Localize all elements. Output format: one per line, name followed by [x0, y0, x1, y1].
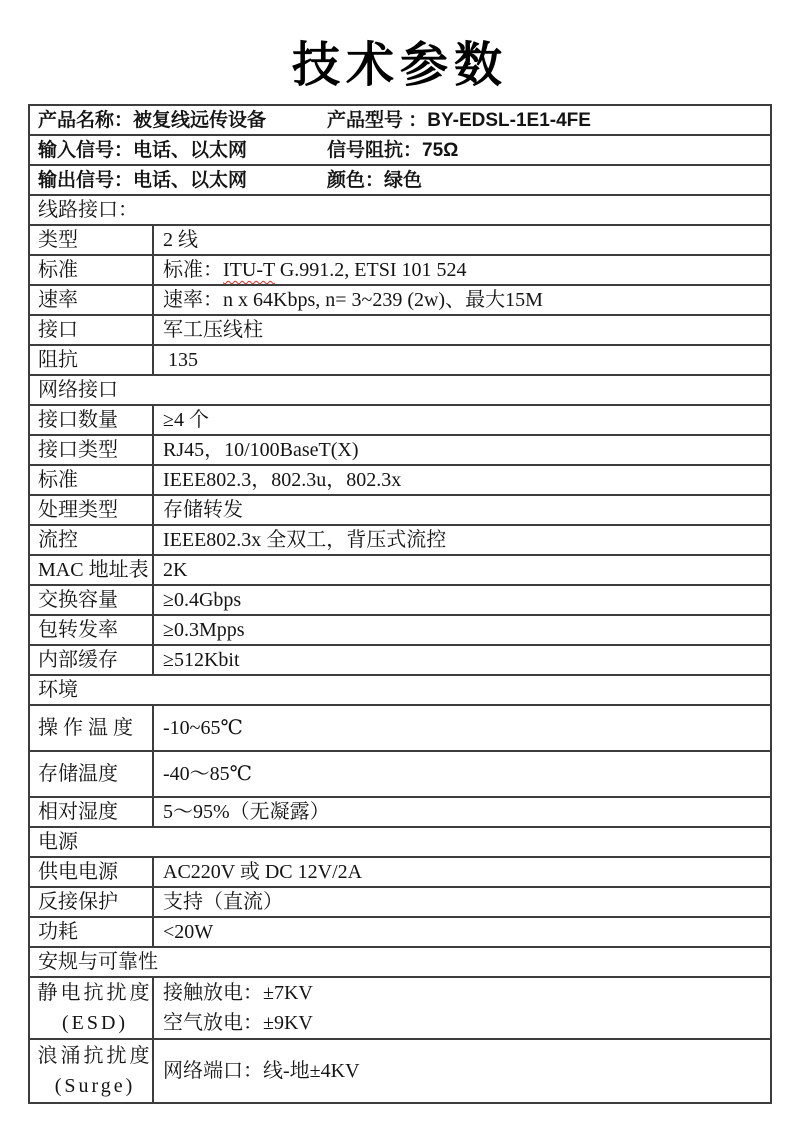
row-label: 浪涌抗扰度 (Surge) — [30, 1040, 154, 1102]
row-rate: 速率 速率：n x 64Kbps, n= 3~239 (2w)、最大15M — [30, 286, 770, 316]
label-line-2: (Surge) — [55, 1071, 136, 1101]
label-line-1: 浪涌抗扰度 — [38, 1041, 153, 1071]
row-power-supply: 供电电源 AC220V 或 DC 12V/2A — [30, 858, 770, 888]
row-value: ≥512Kbit — [154, 650, 770, 670]
section-safety-reliability: 安规与可靠性 — [30, 948, 770, 978]
output-signal-text: 输出信号：电话、以太网 — [30, 171, 327, 190]
section-environment: 环境 — [30, 676, 770, 706]
row-value: IEEE802.3，802.3u，802.3x — [154, 470, 770, 490]
row-packet-forward-rate: 包转发率 ≥0.3Mpps — [30, 616, 770, 646]
input-signal-text: 输入信号：电话、以太网 — [30, 141, 327, 160]
row-flow-control: 流控 IEEE802.3x 全双工，背压式流控 — [30, 526, 770, 556]
row-processing-type: 处理类型 存储转发 — [30, 496, 770, 526]
row-product-name: 产品名称：被复线远传设备 产品型号 ：BY-EDSL-1E1-4FE — [30, 106, 770, 136]
value-prefix: 标准： — [163, 259, 223, 281]
row-label: 功耗 — [30, 918, 154, 946]
value-line-2: 空气放电：±9KV — [163, 1008, 313, 1038]
row-value: AC220V 或 DC 12V/2A — [154, 862, 770, 882]
row-label: 速率 — [30, 286, 154, 314]
row-label: 接口 — [30, 316, 154, 344]
row-line-standard: 标准 标准：ITU-T G.991.2, ETSI 101 524 — [30, 256, 770, 286]
row-label: 流控 — [30, 526, 154, 554]
row-value: -10~65℃ — [154, 718, 770, 738]
section-label: 电源 — [38, 832, 78, 852]
row-value: 速率：n x 64Kbps, n= 3~239 (2w)、最大15M — [154, 290, 770, 310]
row-value: ≥4 个 — [154, 410, 770, 430]
row-value: 支持（直流） — [154, 892, 770, 912]
section-label: 网络接口 — [38, 380, 118, 400]
spec-table: 产品名称：被复线远传设备 产品型号 ：BY-EDSL-1E1-4FE 输入信号：… — [28, 104, 772, 1104]
row-label: 标准 — [30, 466, 154, 494]
row-network-standard: 标准 IEEE802.3，802.3u，802.3x — [30, 466, 770, 496]
page-title: 技术参数 — [0, 26, 800, 95]
row-value: 军工压线柱 — [154, 320, 770, 340]
section-label: 环境 — [38, 680, 78, 700]
color-text: 颜色：绿色 — [327, 171, 770, 190]
row-port-count: 接口数量 ≥4 个 — [30, 406, 770, 436]
label-line-1: 静电抗扰度 — [38, 978, 153, 1008]
row-output-signal: 输出信号：电话、以太网 颜色：绿色 — [30, 166, 770, 196]
row-value: 接触放电：±7KV 空气放电：±9KV — [154, 978, 770, 1038]
row-type: 类型 2 线 — [30, 226, 770, 256]
row-label: 操作温度 — [30, 706, 154, 750]
row-label: 交换容量 — [30, 586, 154, 614]
row-value: <20W — [154, 922, 770, 942]
section-label: 线路接口： — [38, 200, 138, 220]
row-value: -40～85℃ — [154, 764, 770, 784]
row-port-type: 接口类型 RJ45，10/100BaseT(X) — [30, 436, 770, 466]
row-storage-temp: 存储温度 -40～85℃ — [30, 752, 770, 798]
row-value: 5～95%（无凝露） — [154, 802, 770, 822]
product-name-text: 产品名称：被复线远传设备 — [30, 111, 327, 130]
row-value: ≥0.3Mpps — [154, 620, 770, 640]
label-line-2: (ESD) — [62, 1008, 128, 1038]
spec-sheet-page: 技术参数 产品名称：被复线远传设备 产品型号 ：BY-EDSL-1E1-4FE … — [0, 0, 800, 1130]
row-label: 类型 — [30, 226, 154, 254]
row-value: RJ45，10/100BaseT(X) — [154, 440, 770, 460]
row-input-signal: 输入信号：电话、以太网 信号阻抗：75Ω — [30, 136, 770, 166]
row-label: 内部缓存 — [30, 646, 154, 674]
row-label: MAC 地址表 — [30, 556, 154, 584]
value-suffix: G.991.2, ETSI 101 524 — [275, 259, 467, 281]
product-model-text: 产品型号 ：BY-EDSL-1E1-4FE — [327, 111, 770, 130]
row-value: 2K — [154, 560, 770, 580]
row-value: 标准：ITU-T G.991.2, ETSI 101 524 — [154, 260, 770, 280]
row-label: 供电电源 — [30, 858, 154, 886]
row-mac-table: MAC 地址表 2K — [30, 556, 770, 586]
value-line-1: 网络端口：线-地±4KV — [163, 1056, 360, 1086]
section-power: 电源 — [30, 828, 770, 858]
row-impedance: 阻抗 135 — [30, 346, 770, 376]
section-line-interface: 线路接口： — [30, 196, 770, 226]
spellcheck-flagged-word: ITU-T — [223, 259, 275, 281]
row-label: 接口数量 — [30, 406, 154, 434]
row-label: 静电抗扰度 (ESD) — [30, 978, 154, 1038]
section-label: 安规与可靠性 — [38, 952, 158, 972]
row-operating-temp: 操作温度 -10~65℃ — [30, 706, 770, 752]
row-surge-immunity: 浪涌抗扰度 (Surge) 网络端口：线-地±4KV — [30, 1040, 770, 1102]
row-label: 标准 — [30, 256, 154, 284]
row-switch-capacity: 交换容量 ≥0.4Gbps — [30, 586, 770, 616]
row-label: 处理类型 — [30, 496, 154, 524]
row-reverse-protection: 反接保护 支持（直流） — [30, 888, 770, 918]
row-label: 接口类型 — [30, 436, 154, 464]
row-interface: 接口 军工压线柱 — [30, 316, 770, 346]
row-value: 2 线 — [154, 230, 770, 250]
row-label: 阻抗 — [30, 346, 154, 374]
signal-impedance-text: 信号阻抗：75Ω — [327, 141, 770, 160]
row-value: 存储转发 — [154, 500, 770, 520]
row-value: IEEE802.3x 全双工，背压式流控 — [154, 530, 770, 550]
row-label: 存储温度 — [30, 752, 154, 796]
row-label: 反接保护 — [30, 888, 154, 916]
row-internal-buffer: 内部缓存 ≥512Kbit — [30, 646, 770, 676]
row-value: 135 — [154, 350, 770, 370]
value-line-1: 接触放电：±7KV — [163, 978, 313, 1008]
row-label: 相对湿度 — [30, 798, 154, 826]
row-relative-humidity: 相对湿度 5～95%（无凝露） — [30, 798, 770, 828]
row-value: 网络端口：线-地±4KV — [154, 1056, 770, 1086]
row-power-consumption: 功耗 <20W — [30, 918, 770, 948]
row-esd-immunity: 静电抗扰度 (ESD) 接触放电：±7KV 空气放电：±9KV — [30, 978, 770, 1040]
section-network-interface: 网络接口 — [30, 376, 770, 406]
row-value: ≥0.4Gbps — [154, 590, 770, 610]
row-label: 包转发率 — [30, 616, 154, 644]
